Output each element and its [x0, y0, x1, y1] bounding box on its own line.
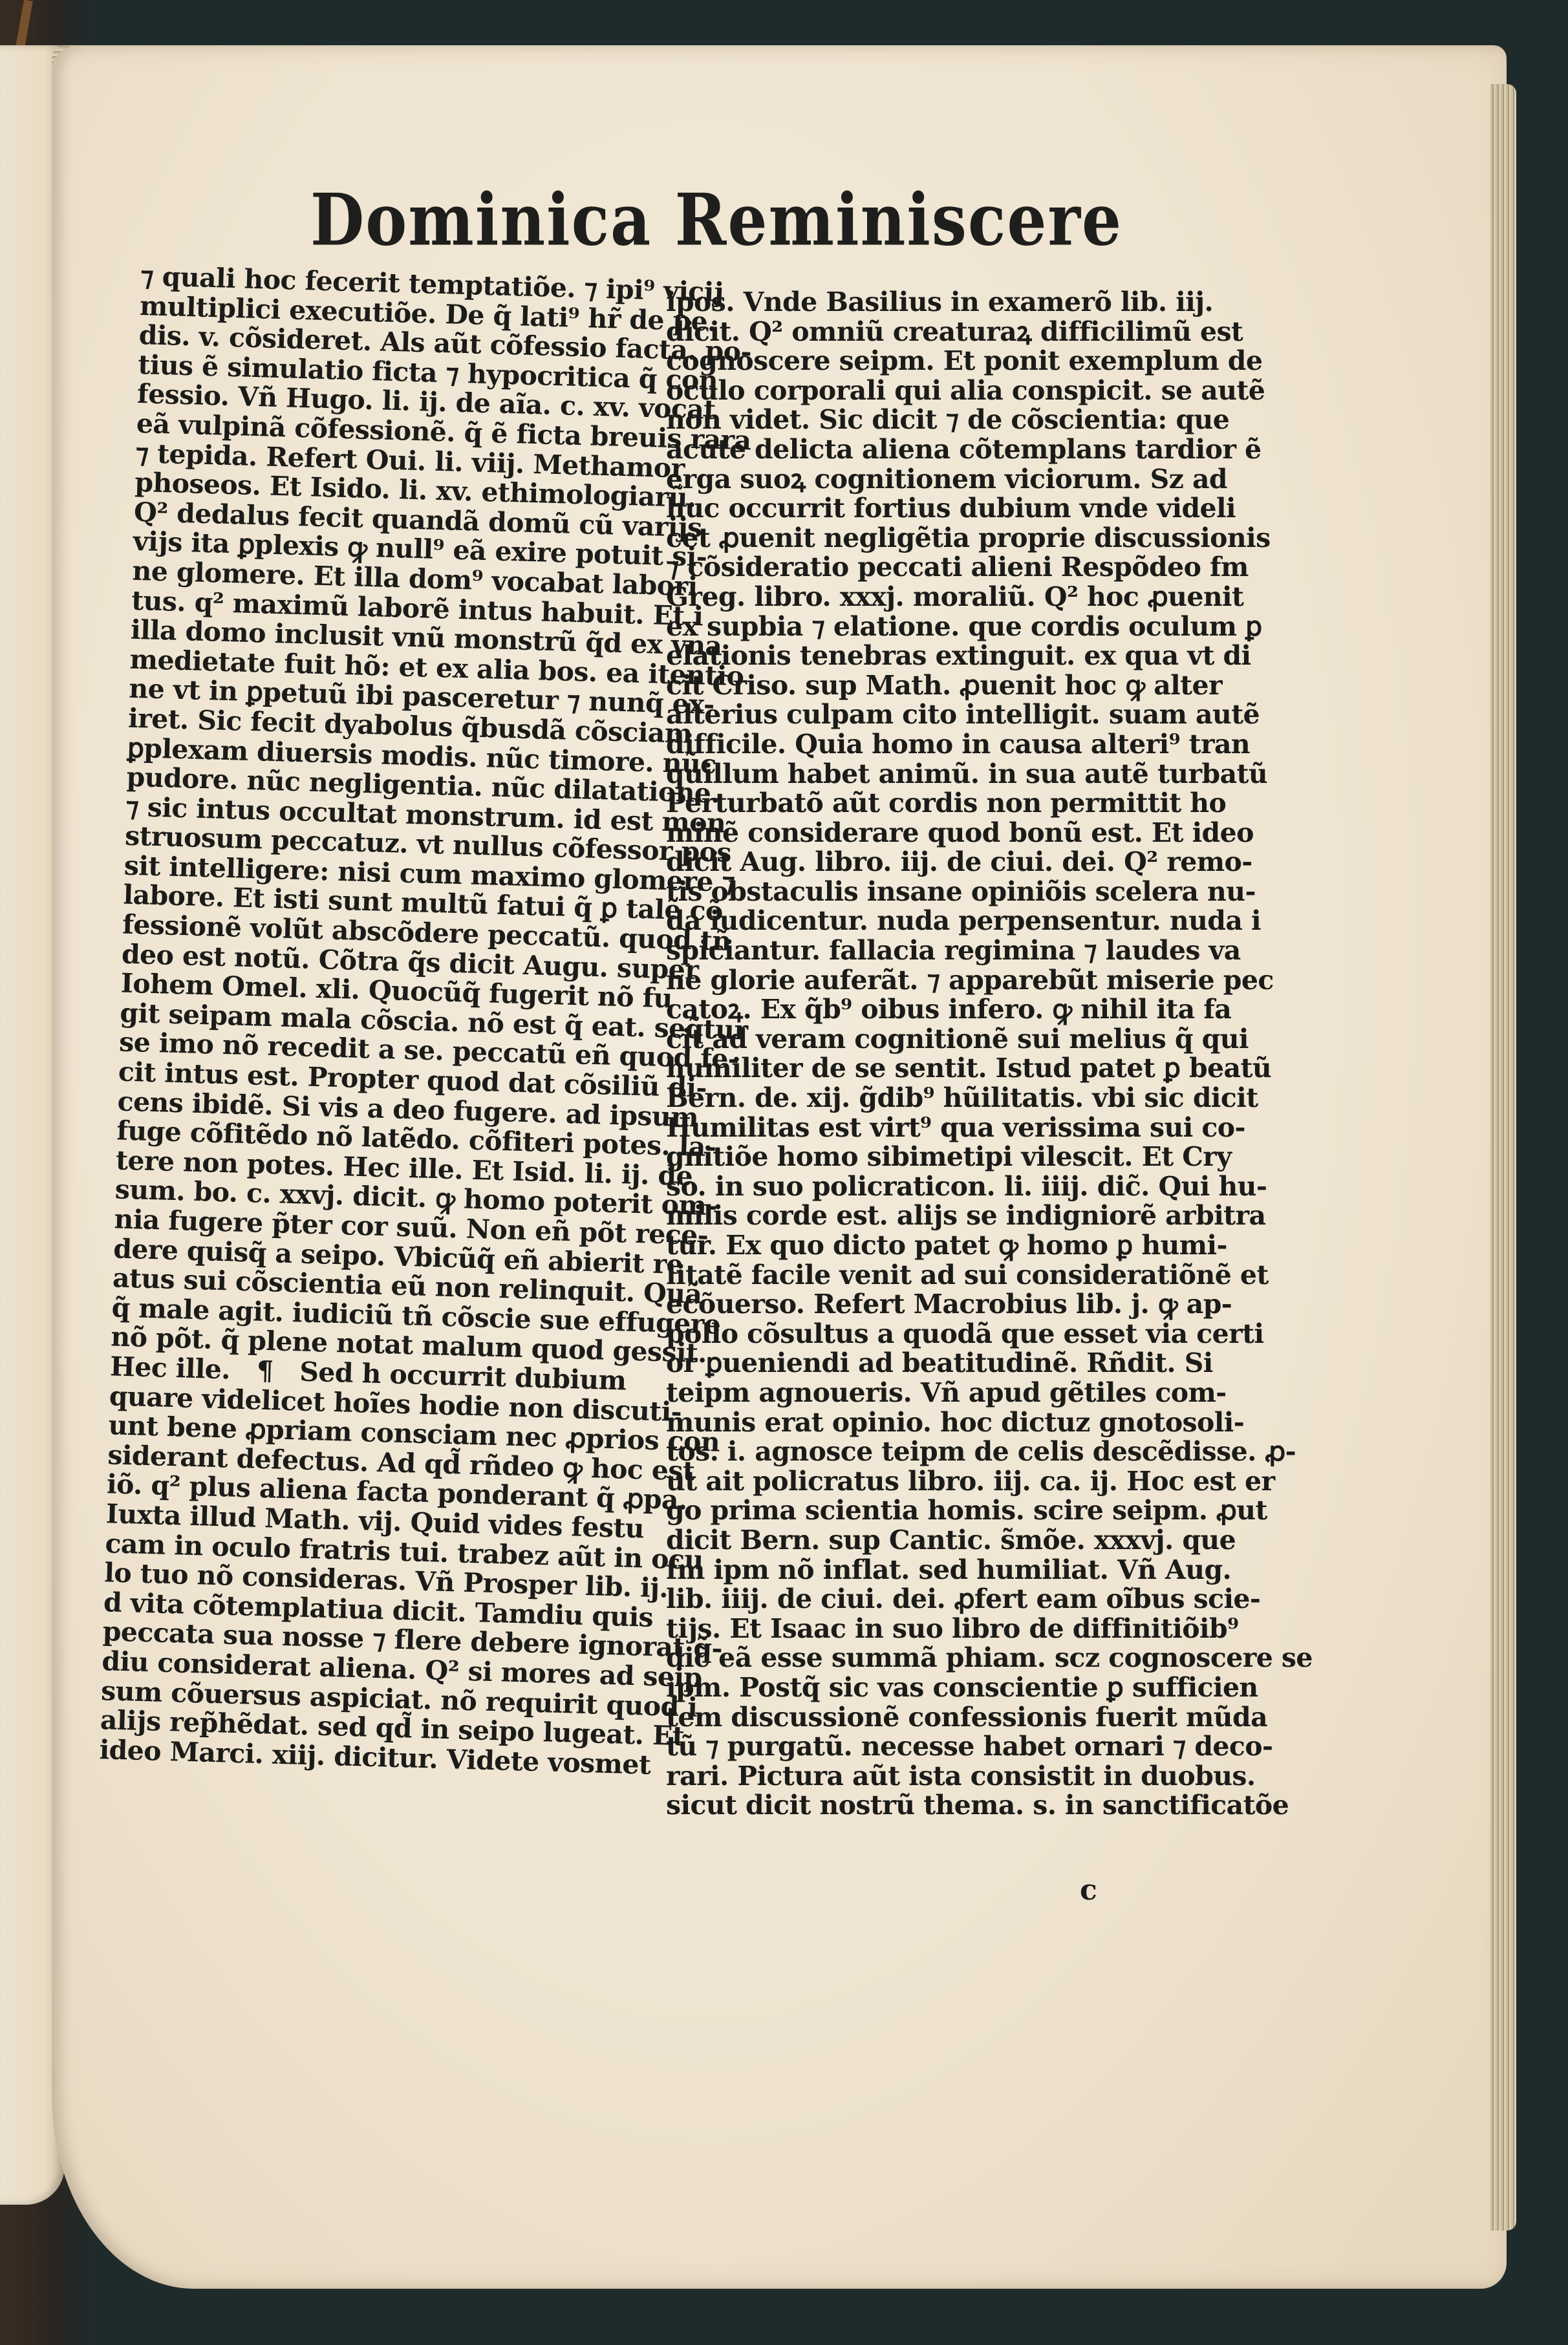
text-line: ipos. Vnde Basilius in examerõ lib. iij. — [666, 288, 1313, 317]
text-line: acute delicta aliena cõtemplans tardior … — [666, 435, 1313, 465]
text-line: ne glorie auferãt. ⁊ apparebũt miserie p… — [666, 966, 1313, 996]
text-line: Perturbatõ aũt cordis non permittit ho — [666, 789, 1313, 819]
signature-mark: c — [1080, 1874, 1097, 1907]
text-line: cit ad veram cognitionẽ sui melius q̃ qu… — [666, 1025, 1313, 1055]
text-line: cit Criso. sup Math. ꝓuenit hoc ꝙ alter — [666, 671, 1313, 701]
text-line: oculo corporali qui alia conspicit. se a… — [666, 376, 1313, 406]
text-line: munis erat opinio. hoc dictuz gnotosoli- — [666, 1408, 1313, 1438]
text-line: da iudicentur. nuda perpensentur. nuda i — [666, 906, 1313, 936]
page-stack-fore-edge — [1490, 84, 1516, 2231]
cradle-strap — [15, 0, 33, 52]
text-line: Bern. de. xij. g̃dib⁹ hũilitatis. vbi si… — [666, 1084, 1313, 1113]
text-line: spiciantur. fallacia regimina ⁊ laudes v… — [666, 936, 1313, 966]
text-line: milis corde est. alĳs se indigniorẽ arbi… — [666, 1201, 1313, 1231]
text-line: cognoscere seipm. Et ponit exemplum de — [666, 347, 1313, 376]
text-line: dicit Aug. libro. iij. de ciui. dei. Q² … — [666, 848, 1313, 877]
text-line: Greg. libro. xxxj. moraliũ. Q² hoc ꝓueni… — [666, 583, 1313, 612]
page-heading: Dominica Reminiscere — [310, 178, 1122, 262]
text-line: tos. i. agnosce teipm de celis descẽdiss… — [666, 1437, 1313, 1467]
text-line: elationis tenebras extinguit. ex qua vt … — [666, 641, 1313, 671]
text-line: dicit Bern. sup Cantic. s̃mõe. xxxvj. qu… — [666, 1526, 1313, 1556]
text-line: huc occurrit fortius dubium vnde videli — [666, 494, 1313, 524]
text-line: go prima scientia homis. scire seipm. ꝓu… — [666, 1496, 1313, 1526]
text-line: fm ipm nõ inflat. sed humiliat. Vñ Aug. — [666, 1556, 1313, 1585]
text-line: rari. Pictura aũt ista consistit in duob… — [666, 1762, 1313, 1792]
text-line: tur. Ex quo dicto patet ꝙ homo ꝑ humi- — [666, 1231, 1313, 1261]
text-line: ⁊ cõsideratio peccati alieni Respõdeo fm — [666, 553, 1313, 583]
text-line: ut ait policratus libro. iij. ca. ij. Ho… — [666, 1467, 1313, 1497]
text-line: lib. iiij. de ciui. dei. ꝓfert eam oĩbus… — [666, 1585, 1313, 1614]
text-line: minẽ considerare quod bonũ est. Et ideo — [666, 819, 1313, 848]
text-line: humiliter de se sentit. Istud patet ꝑ be… — [666, 1054, 1313, 1084]
text-line: difficile. Quia homo in causa alteri⁹ tr… — [666, 730, 1313, 760]
text-line: tis obstaculis insane opiniõis scelera n… — [666, 877, 1313, 907]
text-line: dic̃ eã esse summã phiam. scz cognoscere… — [666, 1644, 1313, 1673]
text-line: so. in suo policraticon. li. iiij. dic̃.… — [666, 1172, 1313, 1202]
text-line: litatẽ facile venit ad sui consideratiõn… — [666, 1261, 1313, 1290]
text-line: tũ ⁊ purgatũ. necesse habet ornari ⁊ dec… — [666, 1732, 1313, 1762]
text-line: ipm. Postq̃ sic vas conscientie ꝑ suffic… — [666, 1673, 1313, 1703]
text-line: sicut dicit nostrũ thema. s. in sanctifi… — [666, 1791, 1313, 1821]
text-line: pollo cõsultus a quodã que esset via cer… — [666, 1320, 1313, 1349]
text-line: non videt. Sic dicit ⁊ de cõscientia: qu… — [666, 405, 1313, 435]
text-line: Humilitas est virt⁹ qua verissima sui co… — [666, 1113, 1313, 1143]
text-line: quillum habet animũ. in sua autẽ turbatũ — [666, 760, 1313, 789]
text-line: ex supbia ⁊ elatione. que cordis oculum … — [666, 612, 1313, 642]
text-line: or ꝑueniendi ad beatitudinẽ. Rñdit. Si — [666, 1349, 1313, 1378]
text-line: gnitiõe homo sibimetipi vilescit. Et Cry — [666, 1142, 1313, 1172]
text-line: catoꝝ. Ex q̃b⁹ oibus infero. ꝙ nihil ita… — [666, 995, 1313, 1025]
text-line: dicit. Q² omniũ creaturaꝝ difficilimũ es… — [666, 317, 1313, 347]
text-line: ecõuerso. Refert Macrobius lib. j. ꝙ ap- — [666, 1290, 1313, 1320]
text-line: tem discussionẽ confessionis fuerit mũda — [666, 1703, 1313, 1733]
text-line: alterius culpam cito intelligit. suam au… — [666, 700, 1313, 730]
text-line: cet ꝓuenit negligẽtia proprie discussion… — [666, 524, 1313, 553]
text-column-right: ipos. Vnde Basilius in examerõ lib. iij.… — [666, 288, 1313, 1821]
text-line: erga suoꝝ cognitionem viciorum. Sz ad — [666, 465, 1313, 495]
text-line: tĳs. Et Isaac in suo libro de diffinitiõ… — [666, 1614, 1313, 1644]
text-line: teipm agnoueris. Vñ apud gẽtiles com- — [666, 1378, 1313, 1408]
